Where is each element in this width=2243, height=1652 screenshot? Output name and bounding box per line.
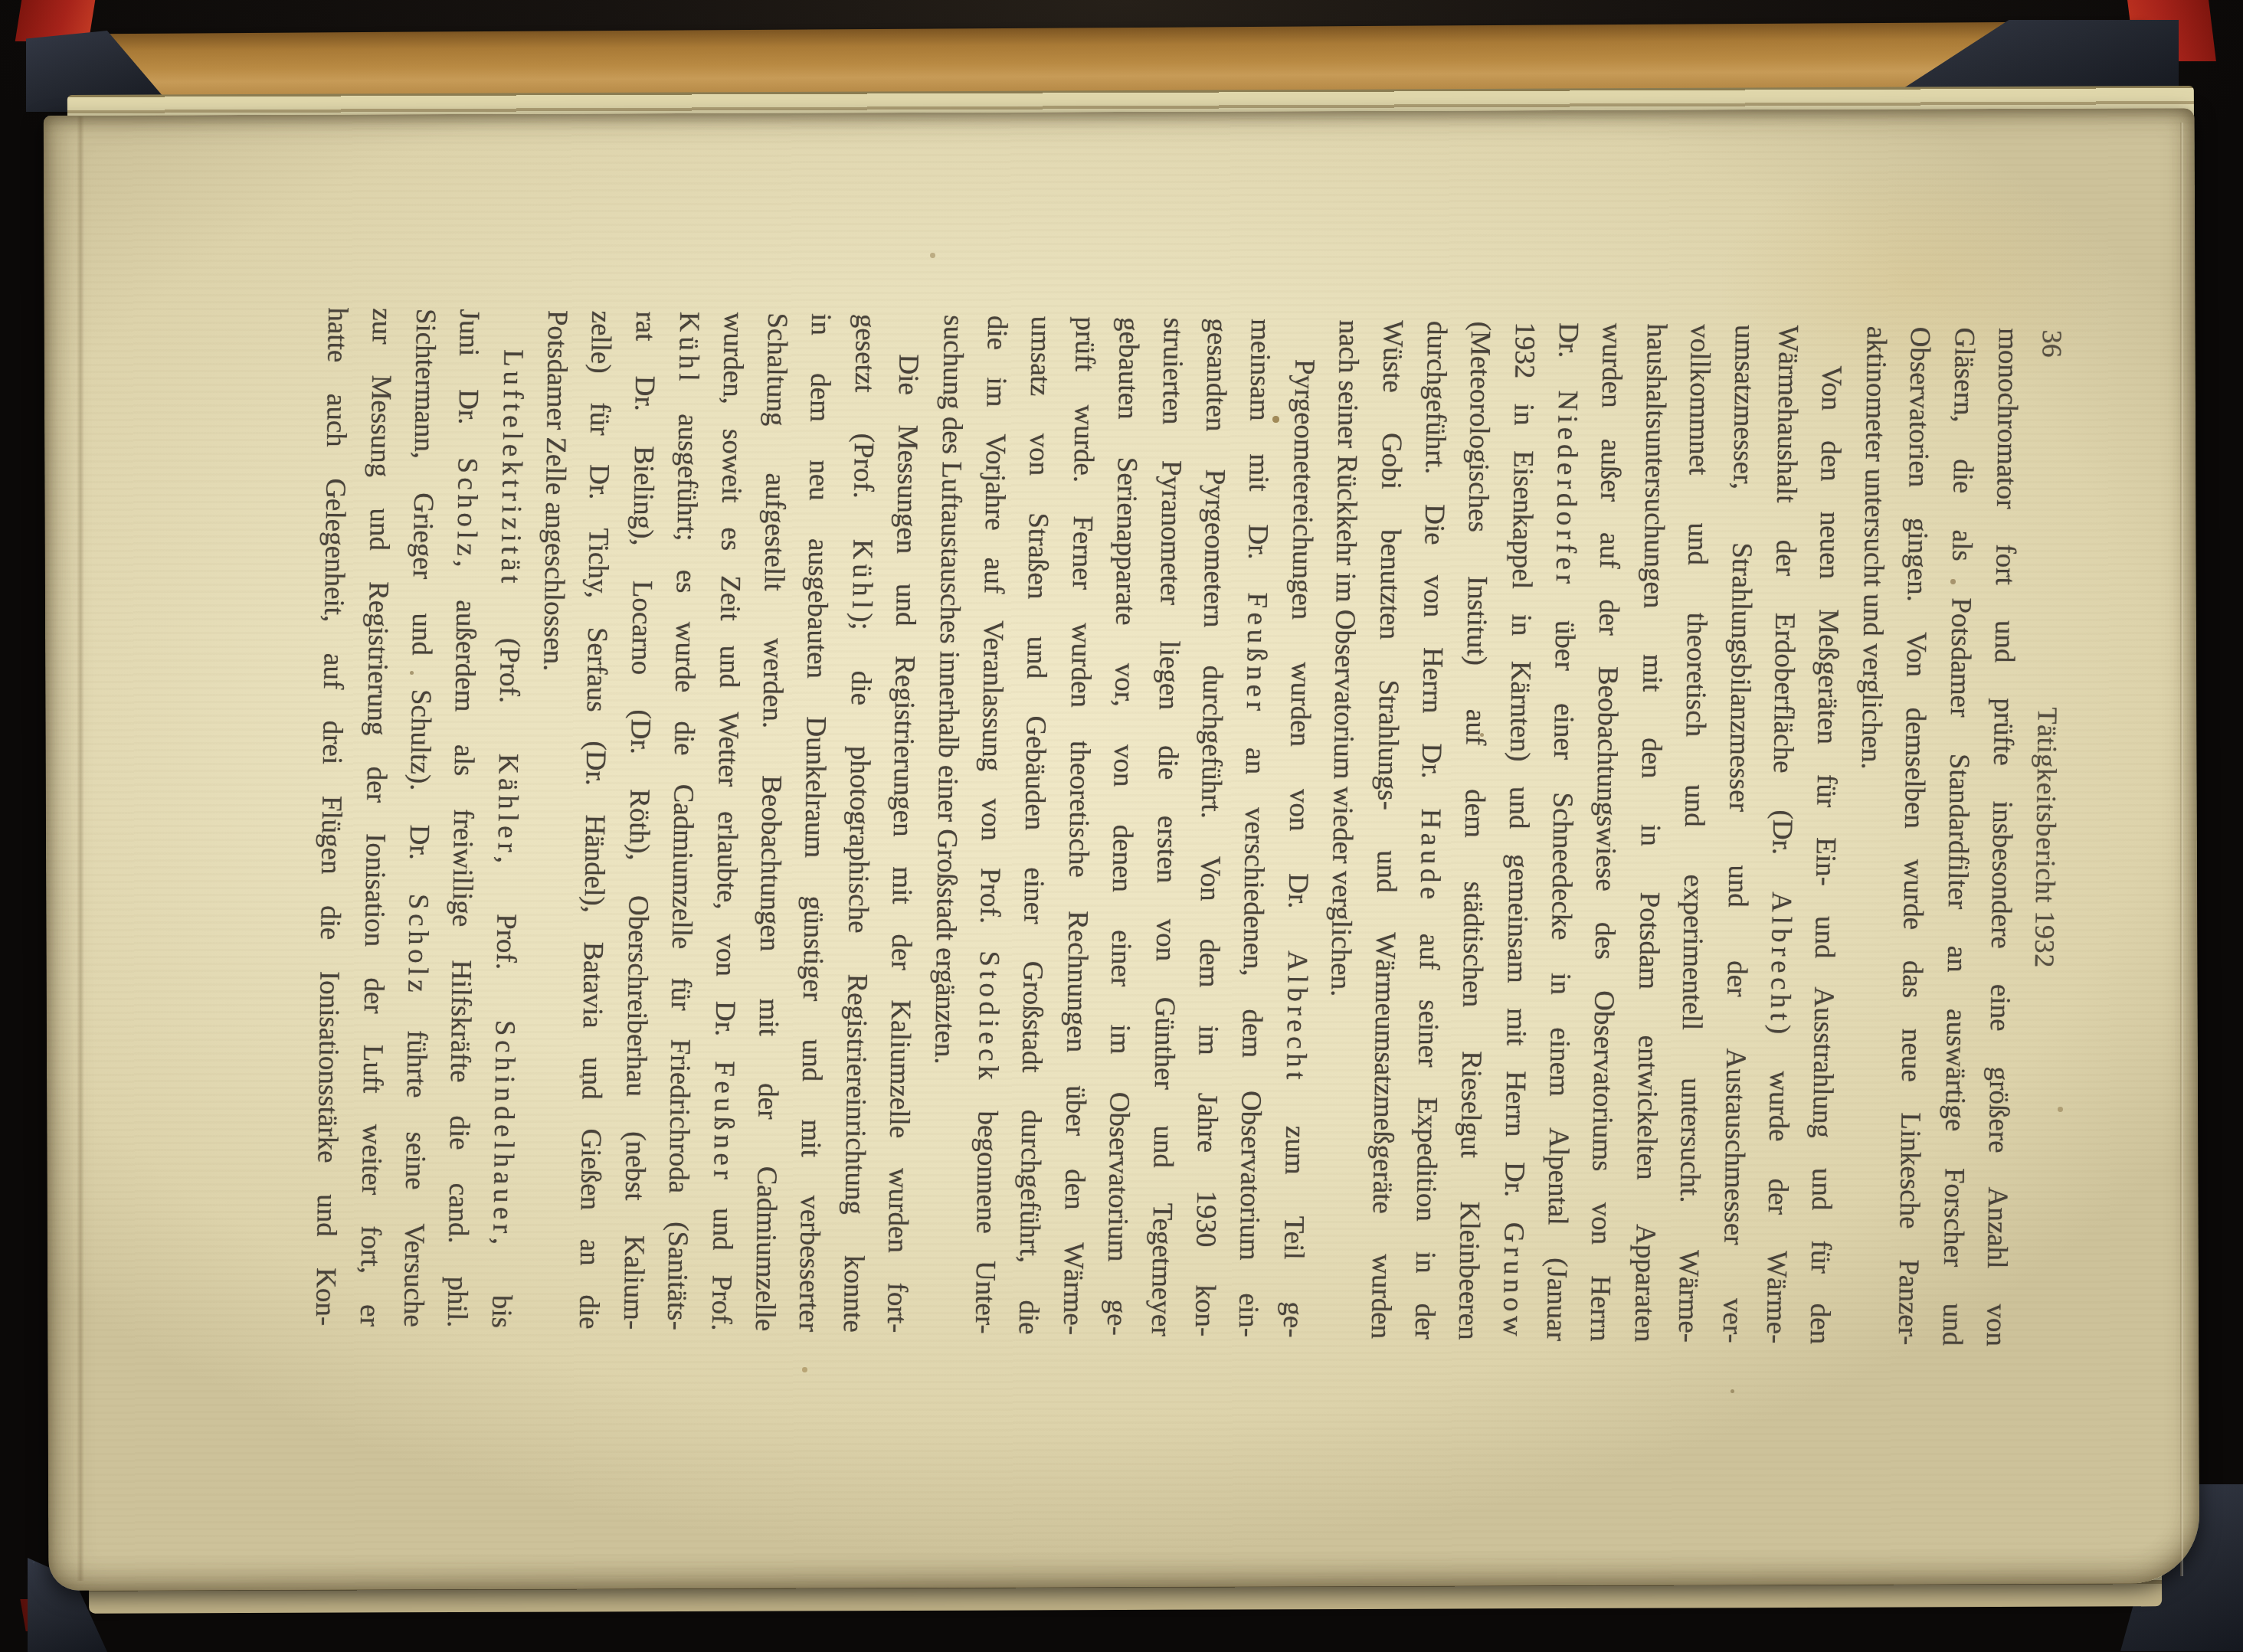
letterspaced-name: Albrecht xyxy=(1764,891,1797,1025)
text-segment: , außerdem als freiwillige Hilfskräfte d… xyxy=(441,560,482,1328)
letterspaced-name: Haude xyxy=(1414,808,1447,904)
letterspaced-name: Kühl xyxy=(846,539,878,613)
text-segment: Wüste Gobi benutzten Strahlungs- und Wär… xyxy=(1364,320,1408,1339)
text-segment: auf seiner Expedition in der xyxy=(1409,904,1446,1340)
letterspaced-name: Albrecht xyxy=(1280,950,1313,1084)
text-segment: ); die photographische Registriereinrich… xyxy=(837,613,877,1333)
letterspaced-name: Schindelhauer xyxy=(486,1020,520,1238)
text-segment: rat Dr. Bieling), Locarno (Dr. Röth), Ob… xyxy=(617,311,661,1330)
text-segment: die im Vorjahre auf Veranlassung von Pro… xyxy=(974,316,1013,951)
text-segment: Schaltung aufgestellt werden. Beobachtun… xyxy=(749,312,793,1331)
text-segment: über einer Schneedecke in einem Alpental… xyxy=(1541,587,1581,1341)
text-segment: (Meteorologisches Institut) auf dem städ… xyxy=(1452,321,1496,1340)
text-segment: zelle) für Dr. Tichy, Serfaus (Dr. Hände… xyxy=(573,310,617,1329)
text-segment: zur Messung und Registrierung der Ionisa… xyxy=(354,308,398,1327)
letterspaced-name: Grunow xyxy=(1497,1222,1530,1340)
page-crease xyxy=(77,116,84,1581)
text-segment: Pyrgeometereichungen wurden von Dr. xyxy=(1282,359,1320,951)
text-segment: gesetzt (Prof. xyxy=(846,314,881,540)
text-segment: wurden außer auf der Beobachtungswiese d… xyxy=(1584,322,1628,1341)
paragraph: Die Messungen und Registrierungen mit de… xyxy=(523,310,932,1333)
text-segment: hatte auch Gelegenheit, auf drei Flügen … xyxy=(309,307,353,1326)
letterspaced-name: Kähler xyxy=(491,754,524,856)
text-segment: gebauten Serienapparate vor, von denen e… xyxy=(1101,317,1144,1336)
text-segment: Dr. xyxy=(1552,322,1584,391)
text-segment: Gläsern, die als Potsdamer Standardfilte… xyxy=(1936,327,1979,1346)
running-title: Tätigkeitsbericht 1932 xyxy=(2022,707,2070,968)
text-segment: 1932 in Eisenkappel in Kärnten) und geme… xyxy=(1498,322,1540,1222)
text-segment: nach seiner Rückkehr im Observatorium wi… xyxy=(1325,319,1364,996)
text-segment: prüft wurde. Ferner wurden theoretische … xyxy=(1057,316,1101,1335)
letterspaced-name: Feußner xyxy=(1240,592,1273,715)
text-segment: Sichtermann, Grieger und Schultz). Dr. xyxy=(403,309,441,895)
dust-specks xyxy=(0,0,2,2)
text-segment: aktinometer untersucht und verglichen. xyxy=(1855,326,1892,770)
letterspaced-name: Niederdorfer xyxy=(1550,391,1583,588)
letterspaced-name: Feußner xyxy=(707,1061,740,1184)
text-segment: in dem neu ausgebauten Dunkelraum günsti… xyxy=(793,313,837,1332)
text-segment: begonnene Unter- xyxy=(969,1084,1004,1334)
text-segment: führte seine Versuche xyxy=(398,996,433,1327)
text-segment: Potsdamer Zelle angeschlossen. xyxy=(538,310,574,672)
text-segment: vollkommnet und theoretisch und experime… xyxy=(1672,324,1716,1343)
text-segment: , Prof. xyxy=(490,856,523,1021)
paragraph: Luftelektrizität (Prof. Kähler, Prof. Sc… xyxy=(303,307,535,1328)
letterspaced-name: Scholz xyxy=(401,894,434,997)
text-segment: wurden, soweit es Zeit und Wetter erlaub… xyxy=(709,312,749,1061)
text-segment: Die Messungen und Registrierungen mit de… xyxy=(881,354,925,1333)
paragraph: Von den neuen Meßgeräten für Ein- und Au… xyxy=(1315,319,1855,1344)
text-segment: umsatz von Straßen und Gebäuden einer Gr… xyxy=(1013,316,1056,1334)
letterspaced-name: Luftelektrizität xyxy=(494,349,529,587)
text-segment: ausgeführt; es wurde die Cadmiumzelle fü… xyxy=(661,385,704,1330)
letterspaced-name: Stodieck xyxy=(972,950,1005,1084)
text-segment: durchgeführt. Die von Herrn Dr. xyxy=(1415,321,1452,809)
page-number: 36 xyxy=(2030,329,2074,358)
body-text: monochromator fort und prüfte insbesonde… xyxy=(303,307,2030,1346)
text-segment: , bis xyxy=(486,1238,518,1329)
letterspaced-name: Kühl xyxy=(673,312,705,386)
text-segment: suchung des Luftaustausches innerhalb ei… xyxy=(928,315,969,1065)
photo-background: { "header": { "page_number": "36", "titl… xyxy=(0,0,2243,1652)
paragraph: monochromator fort und prüfte insbesonde… xyxy=(1842,326,2030,1347)
letterspaced-name: Scholz xyxy=(451,457,484,561)
text-segment: struierten Pyranometer liegen die ersten… xyxy=(1144,317,1188,1336)
page-text-surface: 36 Tätigkeitsbericht 1932 monochromator … xyxy=(300,307,2074,1347)
text-segment: Wärmehaushalt der Erdoberfläche (Dr. xyxy=(1766,325,1804,891)
text-segment: haushaltsuntersuchungen mit den in Potsd… xyxy=(1629,323,1672,1342)
text-segment: monochromator fort und prüfte insbesonde… xyxy=(1980,328,2024,1346)
text-segment: Juni Dr. xyxy=(452,309,485,457)
text-segment: zum Teil ge- xyxy=(1277,1084,1311,1338)
text-segment: Observatorien gingen. Von demselben wurd… xyxy=(1892,326,1936,1345)
text-segment: ) wurde der Wärme- xyxy=(1760,1025,1796,1344)
paragraph: Pyrgeometereichungen wurden von Dr. Albr… xyxy=(918,315,1327,1338)
text-segment: meinsam mit Dr. xyxy=(1242,319,1276,593)
text-segment: an verschiedenen, dem Observatorium ein- xyxy=(1233,715,1272,1337)
text-segment: umsatzmesser, Strahlungsbilanzmesser und… xyxy=(1716,325,1760,1343)
text-segment: (Prof. xyxy=(493,587,526,754)
text-segment: Von den neuen Meßgeräten für Ein- und Au… xyxy=(1804,365,1848,1344)
text-segment: und Prof. xyxy=(706,1183,738,1331)
text-segment: gesandten Pyrgeometern durchgeführt. Von… xyxy=(1189,318,1233,1336)
